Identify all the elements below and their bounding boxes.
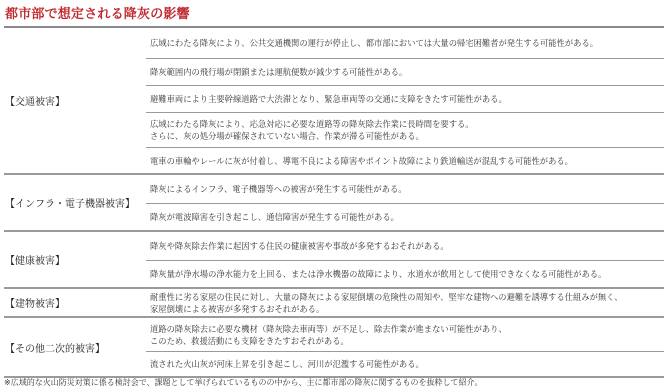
impact-text: 降灰によるインフラ、電子機器等への被害が発生する可能性がある。 (150, 183, 407, 195)
impact-section: 【その他二次的被害】道路の降灰除去に必要な機材（降灰除去車両等）が不足し、除去作… (4, 318, 664, 378)
impact-row: 降灰範囲内の飛行場が閉鎖または運航便数が減少する可能性がある。 (146, 58, 664, 85)
page-title: 都市部で想定される降灰の影響 (5, 3, 190, 22)
impact-rows: 降灰によるインフラ、電子機器等への被害が発生する可能性がある。降灰が電波障害を引… (146, 175, 664, 230)
impact-text: 避難車両により主要幹線道路で大渋滞となり、緊急車両等の交通に支障をきたす可能性が… (150, 93, 507, 105)
impact-row: 降灰が電波障害を引き起こし、通信障害が発生する可能性がある。 (146, 203, 664, 230)
impact-section: 【交通被害】広域にわたる降灰により、公共交通機関の運行が停止し、都市部においては… (4, 28, 664, 175)
impact-row: 広域にわたる降灰により、応急対応に必要な道路等の降灰除去作業に長時間を要する。 … (146, 112, 664, 147)
impact-rows: 耐重性に劣る家屋の住民に対し、大量の降灰による家屋倒壊の危険性の周知や、堅牢な建… (146, 289, 664, 316)
footnote: ※広域的な火山防災対策に係る検討会で、課題として挙げられているものの中から、主に… (4, 377, 483, 388)
impact-text: 降灰が電波障害を引き起こし、通信障害が発生する可能性がある。 (150, 211, 399, 223)
impact-section: 【インフラ・電子機器被害】降灰によるインフラ、電子機器等への被害が発生する可能性… (4, 175, 664, 232)
impact-text: 降灰量が浄水場の浄水能力を上回る、または浄水機器の故障により、水道水が飲用として… (150, 268, 606, 280)
impact-section: 【建物被害】耐重性に劣る家屋の住民に対し、大量の降灰による家屋倒壊の危険性の周知… (4, 289, 664, 318)
impact-row: 降灰や降灰除去作業に起因する住民の健康被害や事故が多発するおそれがある。 (146, 232, 664, 260)
category-label: 【交通被害】 (4, 28, 146, 173)
impact-row: 降灰量が浄水場の浄水能力を上回る、または浄水機器の故障により、水道水が飲用として… (146, 260, 664, 287)
impact-text: 流された火山灰が河床上昇を引き起こし、河川が氾濫する可能性がある。 (150, 358, 424, 370)
impact-rows: 降灰や降灰除去作業に起因する住民の健康被害や事故が多発するおそれがある。降灰量が… (146, 232, 664, 287)
impact-row: 道路の降灰除去に必要な機材（降灰除去車両等）が不足し、除去作業が進まない可能性が… (146, 318, 664, 351)
impact-rows: 道路の降灰除去に必要な機材（降灰除去車両等）が不足し、除去作業が進まない可能性が… (146, 318, 664, 376)
impact-text: 耐重性に劣る家屋の住民に対し、大量の降灰による家屋倒壊の危険性の周知や、堅牢な建… (150, 291, 623, 315)
category-label: 【その他二次的被害】 (4, 318, 146, 376)
category-label: 【インフラ・電子機器被害】 (4, 175, 146, 230)
impact-text: 広域にわたる降灰により、公共交通機関の運行が停止し、都市部においては大量の帰宅困… (150, 37, 598, 49)
impact-row: 避難車両により主要幹線道路で大渋滞となり、緊急車両等の交通に支障をきたす可能性が… (146, 85, 664, 112)
impact-rows: 広域にわたる降灰により、公共交通機関の運行が停止し、都市部においては大量の帰宅困… (146, 28, 664, 173)
impact-row: 流された火山灰が河床上昇を引き起こし、河川が氾濫する可能性がある。 (146, 351, 664, 376)
impact-row: 広域にわたる降灰により、公共交通機関の運行が停止し、都市部においては大量の帰宅困… (146, 28, 664, 58)
impact-table: 【交通被害】広域にわたる降灰により、公共交通機関の運行が停止し、都市部においては… (4, 26, 664, 378)
impact-text: 降灰や降灰除去作業に起因する住民の健康被害や事故が多発するおそれがある。 (150, 240, 449, 252)
impact-text: 広域にわたる降灰により、応急対応に必要な道路等の降灰除去作業に長時間を要する。 … (150, 118, 474, 142)
impact-row: 降灰によるインフラ、電子機器等への被害が発生する可能性がある。 (146, 175, 664, 203)
category-label: 【健康被害】 (4, 232, 146, 287)
impact-row: 耐重性に劣る家屋の住民に対し、大量の降灰による家屋倒壊の危険性の周知や、堅牢な建… (146, 289, 664, 316)
impact-text: 降灰範囲内の飛行場が閉鎖または運航便数が減少する可能性がある。 (150, 66, 407, 78)
impact-text: 道路の降灰除去に必要な機材（降灰除去車両等）が不足し、除去作業が進まない可能性が… (150, 323, 507, 347)
impact-section: 【健康被害】降灰や降灰除去作業に起因する住民の健康被害や事故が多発するおそれがあ… (4, 232, 664, 289)
category-label: 【建物被害】 (4, 289, 146, 316)
impact-text: 電車の車輪やレールに灰が付着し、導電不良による障害やポイント故障により鉄道輸送が… (150, 155, 573, 167)
impact-row: 電車の車輪やレールに灰が付着し、導電不良による障害やポイント故障により鉄道輸送が… (146, 147, 664, 173)
